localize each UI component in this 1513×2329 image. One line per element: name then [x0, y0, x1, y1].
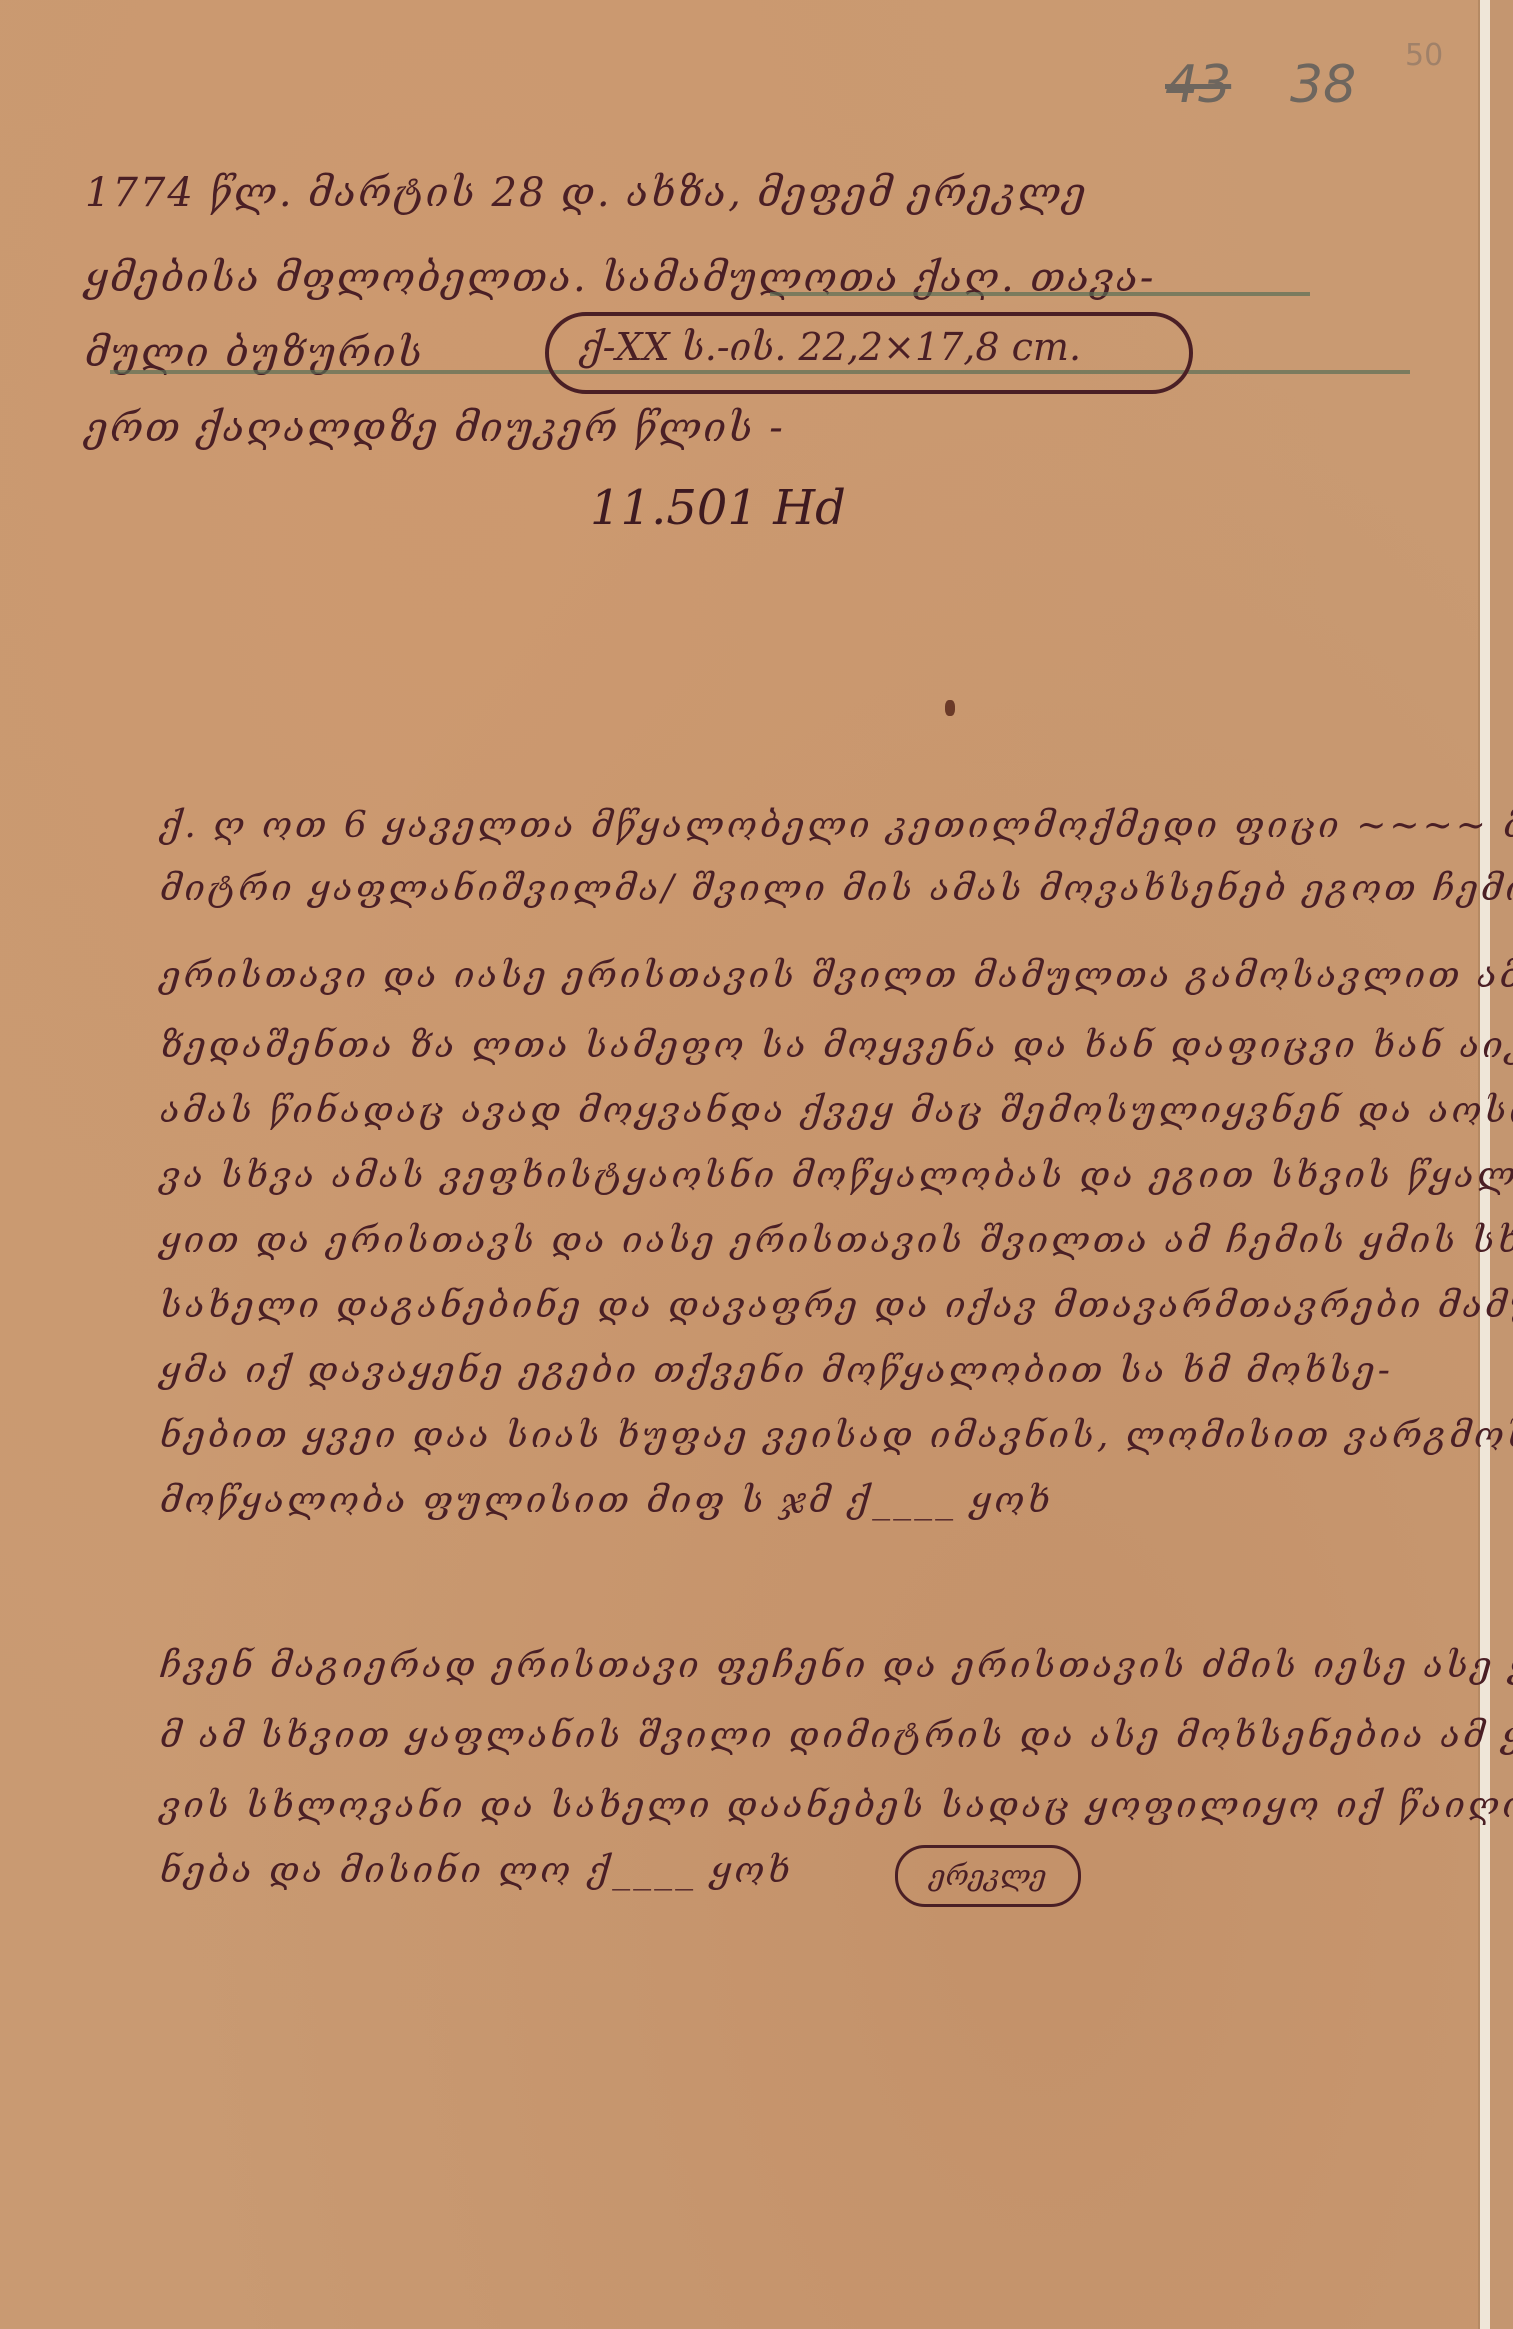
signature-oval: ერეკლე	[895, 1845, 1081, 1907]
archival-note-line-1: 1774 წლ. მარტის 28 დ. ახზა, მეფემ ერეკლე	[85, 170, 1088, 216]
body-line: ყით და ერისთავს და იასე ერისთავის შვილთა…	[160, 1220, 1513, 1261]
body-line: ზედაშენთა ზა ლთა სამეფო სა მოყვენა და ხა…	[160, 1025, 1513, 1066]
strike-through	[770, 292, 1310, 296]
body-line: მიტრი ყაფლანიშვილმა/ შვილი მის ამას მოვა…	[160, 868, 1513, 909]
shelfmark: 11.501 Hd	[590, 480, 846, 536]
folio-number: 38	[1290, 55, 1356, 115]
body-line: ერისთავი და იასე ერისთავის შვილთ მამულთა…	[160, 955, 1513, 996]
catalog-entry: ქ-XX ს.-ის. 22,2×17,8 cm.	[580, 325, 1081, 369]
body-line: სახელი დაგანებინე და დავაფრე და იქავ მთა…	[160, 1285, 1513, 1326]
body-line: ამას წინადაც ავად მოყვანდა ქვეყ მაც შემო…	[160, 1090, 1513, 1131]
body-line: ნება და მისინი ლო ქ____ ყოხ	[160, 1850, 793, 1891]
ink-blot	[945, 700, 955, 716]
body-line: ყმა იქ დავაყენე ეგები თქვენი მოწყალობით …	[160, 1350, 1393, 1391]
body-line: ნებით ყვეი დაა სიას ხუფაე ვეისად იმავნის…	[160, 1415, 1513, 1456]
body-line: ვა სხვა ამას ვეფხისტყაოსნი მოწყალობას და…	[160, 1155, 1513, 1196]
body-line: ჩვენ მაგიერად ერისთავი ფეჩენი და ერისთავ…	[160, 1645, 1513, 1686]
body-line: ქ. ღ ოთ 6 ყაველთა მწყალობელი კეთილმოქმედ…	[160, 805, 1513, 846]
old-folio-number: 43	[1165, 55, 1231, 115]
archival-note-line-4: ერთ ქაღალდზე მიუკერ წლის -	[85, 405, 785, 451]
body-line: მ ამ სხვით ყაფლანის შვილი დიმიტრის და ას…	[160, 1715, 1513, 1756]
body-line: მოწყალობა ფულისით მიფ ს ჯმ ქ____ ყოხ	[160, 1480, 1053, 1521]
body-line: ვის სხლოვანი და სახელი დაანებეს სადაც ყო…	[160, 1785, 1513, 1826]
faint-folio-number: 50	[1405, 38, 1443, 73]
